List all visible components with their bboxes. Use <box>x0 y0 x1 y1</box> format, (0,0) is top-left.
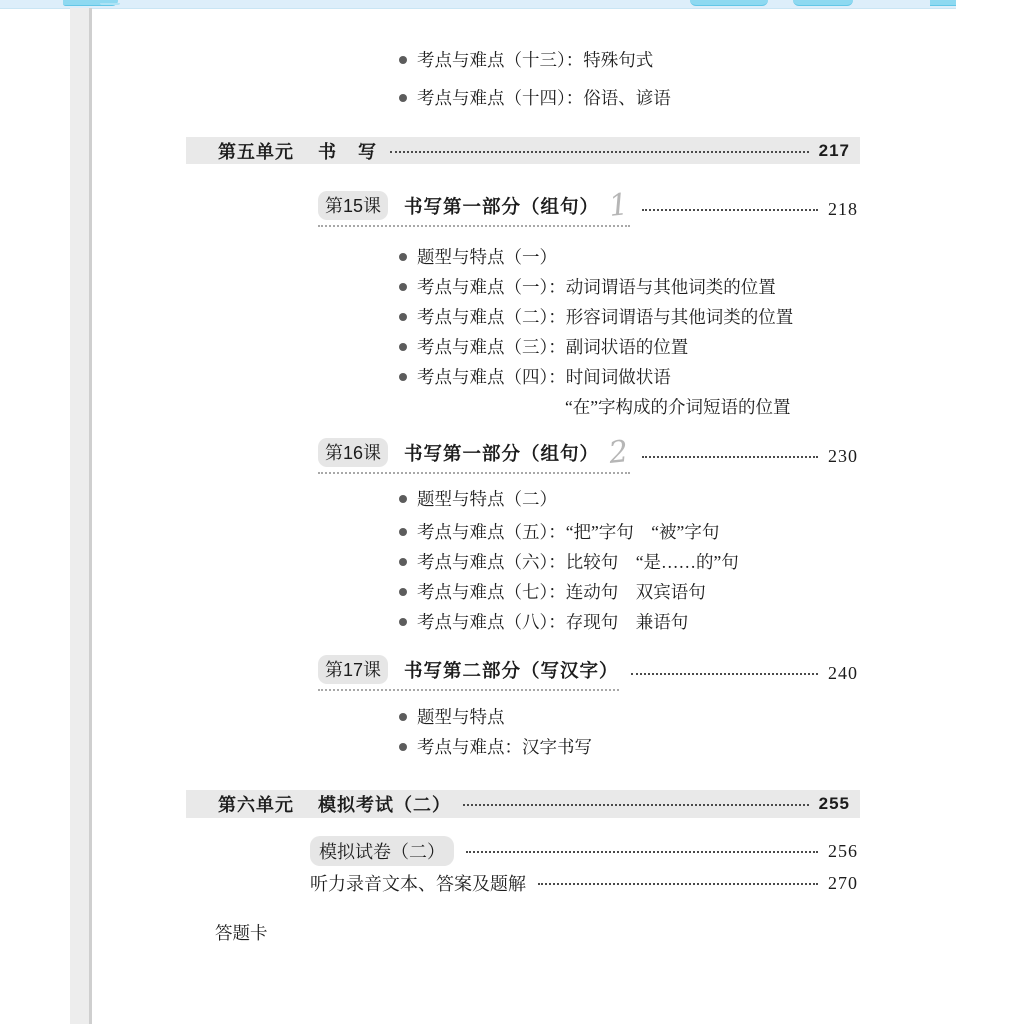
toc-unit-row-6: 第六单元 模拟考试（二） 255 <box>186 790 860 818</box>
page-number: 270 <box>828 873 858 894</box>
unit-title: 模拟考试（二） <box>318 791 451 817</box>
toc-extra-row: 模拟试卷（二） 256 <box>310 836 858 866</box>
bullet-text: 考点与难点（十三）：特殊句式 <box>417 47 653 72</box>
page-number: 217 <box>819 141 850 161</box>
lesson-title-group: 第17课 书写第二部分（写汉字） <box>318 655 619 691</box>
bullet-text: 题型与特点（二） <box>417 486 557 511</box>
bullet-text: 考点与难点（六）：比较句 “是……的”句 <box>417 549 739 574</box>
lesson-title: 书写第一部分（组句） <box>404 193 599 219</box>
bullet-icon <box>399 94 407 102</box>
handwritten-number: 2 <box>608 442 629 464</box>
bullet-icon <box>399 373 407 381</box>
bullet-text: 考点与难点（二）：形容词谓语与其他词类的位置 <box>417 304 793 329</box>
unit-label: 第六单元 <box>218 791 294 817</box>
toc-bullet-item: 考点与难点（五）：“把”字句 “被”字句 <box>399 519 719 544</box>
bullet-text: 考点与难点（三）：副词状语的位置 <box>417 334 688 359</box>
bullet-icon <box>399 56 407 64</box>
bullet-text: 考点与难点（四）：时间词做状语 <box>417 364 671 389</box>
page-number: 218 <box>828 199 858 220</box>
toolbar-button-fragment-1[interactable] <box>690 0 768 6</box>
toolbar-button-tail <box>100 3 120 5</box>
bullet-continuation: “在”字构成的介词短语的位置 <box>565 394 791 419</box>
bullet-icon <box>399 743 407 751</box>
page-number: 240 <box>828 663 858 684</box>
bullet-icon <box>399 528 407 536</box>
page-number: 256 <box>828 841 858 862</box>
toc-bullet-item: 考点与难点（十三）：特殊句式 <box>399 47 653 72</box>
lesson-title: 书写第二部分（写汉字） <box>404 657 619 683</box>
toc-bullet-item: 考点与难点（四）：时间词做状语 <box>399 364 671 389</box>
toc-bullet-item: 考点与难点（二）：形容词谓语与其他词类的位置 <box>399 304 793 329</box>
bullet-icon <box>399 313 407 321</box>
bullet-text: 考点与难点（五）：“把”字句 “被”字句 <box>417 519 719 544</box>
lesson-badge: 第15课 <box>318 191 388 220</box>
toolbar-button-fragment-3[interactable] <box>930 0 956 6</box>
handwritten-number: 1 <box>608 195 629 217</box>
lesson-badge: 第16课 <box>318 438 388 467</box>
toc-bullet-item: 题型与特点（一） <box>399 244 557 269</box>
lesson-title-group: 第16课 书写第一部分（组句） 2 <box>318 438 630 474</box>
bullet-text: 考点与难点（八）：存现句 兼语句 <box>417 609 688 634</box>
toc-bullet-item: 题型与特点 <box>399 704 505 729</box>
unit-title: 书 写 <box>318 138 378 164</box>
page-number: 255 <box>819 794 850 814</box>
bullet-icon <box>399 618 407 626</box>
toc-bullet-item: 考点与难点（十四）：俗语、谚语 <box>399 85 671 110</box>
bullet-icon <box>399 495 407 503</box>
toc-bullet-item: 考点与难点（一）：动词谓语与其他词类的位置 <box>399 274 776 299</box>
bullet-icon <box>399 713 407 721</box>
toc-bullet-item: 题型与特点（二） <box>399 486 557 511</box>
lesson-title: 书写第一部分（组句） <box>404 440 599 466</box>
lesson-badge: 第17课 <box>318 655 388 684</box>
extra-title: 听力录音文本、答案及题解 <box>310 870 526 896</box>
leader-dots <box>642 209 818 211</box>
toc-bullet-item: 考点与难点（六）：比较句 “是……的”句 <box>399 549 739 574</box>
leader-dots <box>390 151 809 153</box>
bullet-text: 题型与特点（一） <box>417 244 557 269</box>
toc-bullet-item: 考点与难点：汉字书写 <box>399 734 592 759</box>
extra-title-pill: 模拟试卷（二） <box>310 836 454 866</box>
toc-bullet-item: 考点与难点（八）：存现句 兼语句 <box>399 609 688 634</box>
leader-dots <box>538 883 818 885</box>
toc-lesson-row-16: 第16课 书写第一部分（组句） 2 230 <box>318 438 858 474</box>
lesson-title-group: 第15课 书写第一部分（组句） 1 <box>318 191 630 227</box>
bullet-text: 考点与难点（十四）：俗语、谚语 <box>417 85 671 110</box>
toc-unit-row-5: 第五单元 书 写 217 <box>186 137 860 164</box>
book-page-edge <box>70 8 92 1024</box>
toc-bullet-item: 考点与难点（七）：连动句 双宾语句 <box>399 579 706 604</box>
page-number: 230 <box>828 446 858 467</box>
toc-lesson-row-17: 第17课 书写第二部分（写汉字） 240 <box>318 655 858 691</box>
bullet-icon <box>399 343 407 351</box>
unit-label: 第五单元 <box>218 138 294 164</box>
toc-bullet-item: 考点与难点（三）：副词状语的位置 <box>399 334 688 359</box>
bullet-text: 考点与难点（一）：动词谓语与其他词类的位置 <box>417 274 776 299</box>
bullet-icon <box>399 253 407 261</box>
leader-dots <box>642 456 818 458</box>
bullet-icon <box>399 283 407 291</box>
leader-dots <box>466 851 818 853</box>
top-app-bar <box>0 0 956 9</box>
toc-extra-row: 听力录音文本、答案及题解 270 <box>310 870 858 896</box>
leader-dots <box>631 673 818 675</box>
screen: 考点与难点（十三）：特殊句式 考点与难点（十四）：俗语、谚语 第五单元 书 写 … <box>0 0 1024 1024</box>
leader-dots <box>463 804 809 806</box>
answer-sheet-note: 答题卡 <box>215 920 268 945</box>
bullet-text: 题型与特点 <box>417 704 505 729</box>
bullet-icon <box>399 558 407 566</box>
toc-lesson-row-15: 第15课 书写第一部分（组句） 1 218 <box>318 191 858 227</box>
bullet-text: 考点与难点：汉字书写 <box>417 734 592 759</box>
toolbar-button-fragment-2[interactable] <box>793 0 853 6</box>
bullet-text: 考点与难点（七）：连动句 双宾语句 <box>417 579 706 604</box>
bullet-icon <box>399 588 407 596</box>
